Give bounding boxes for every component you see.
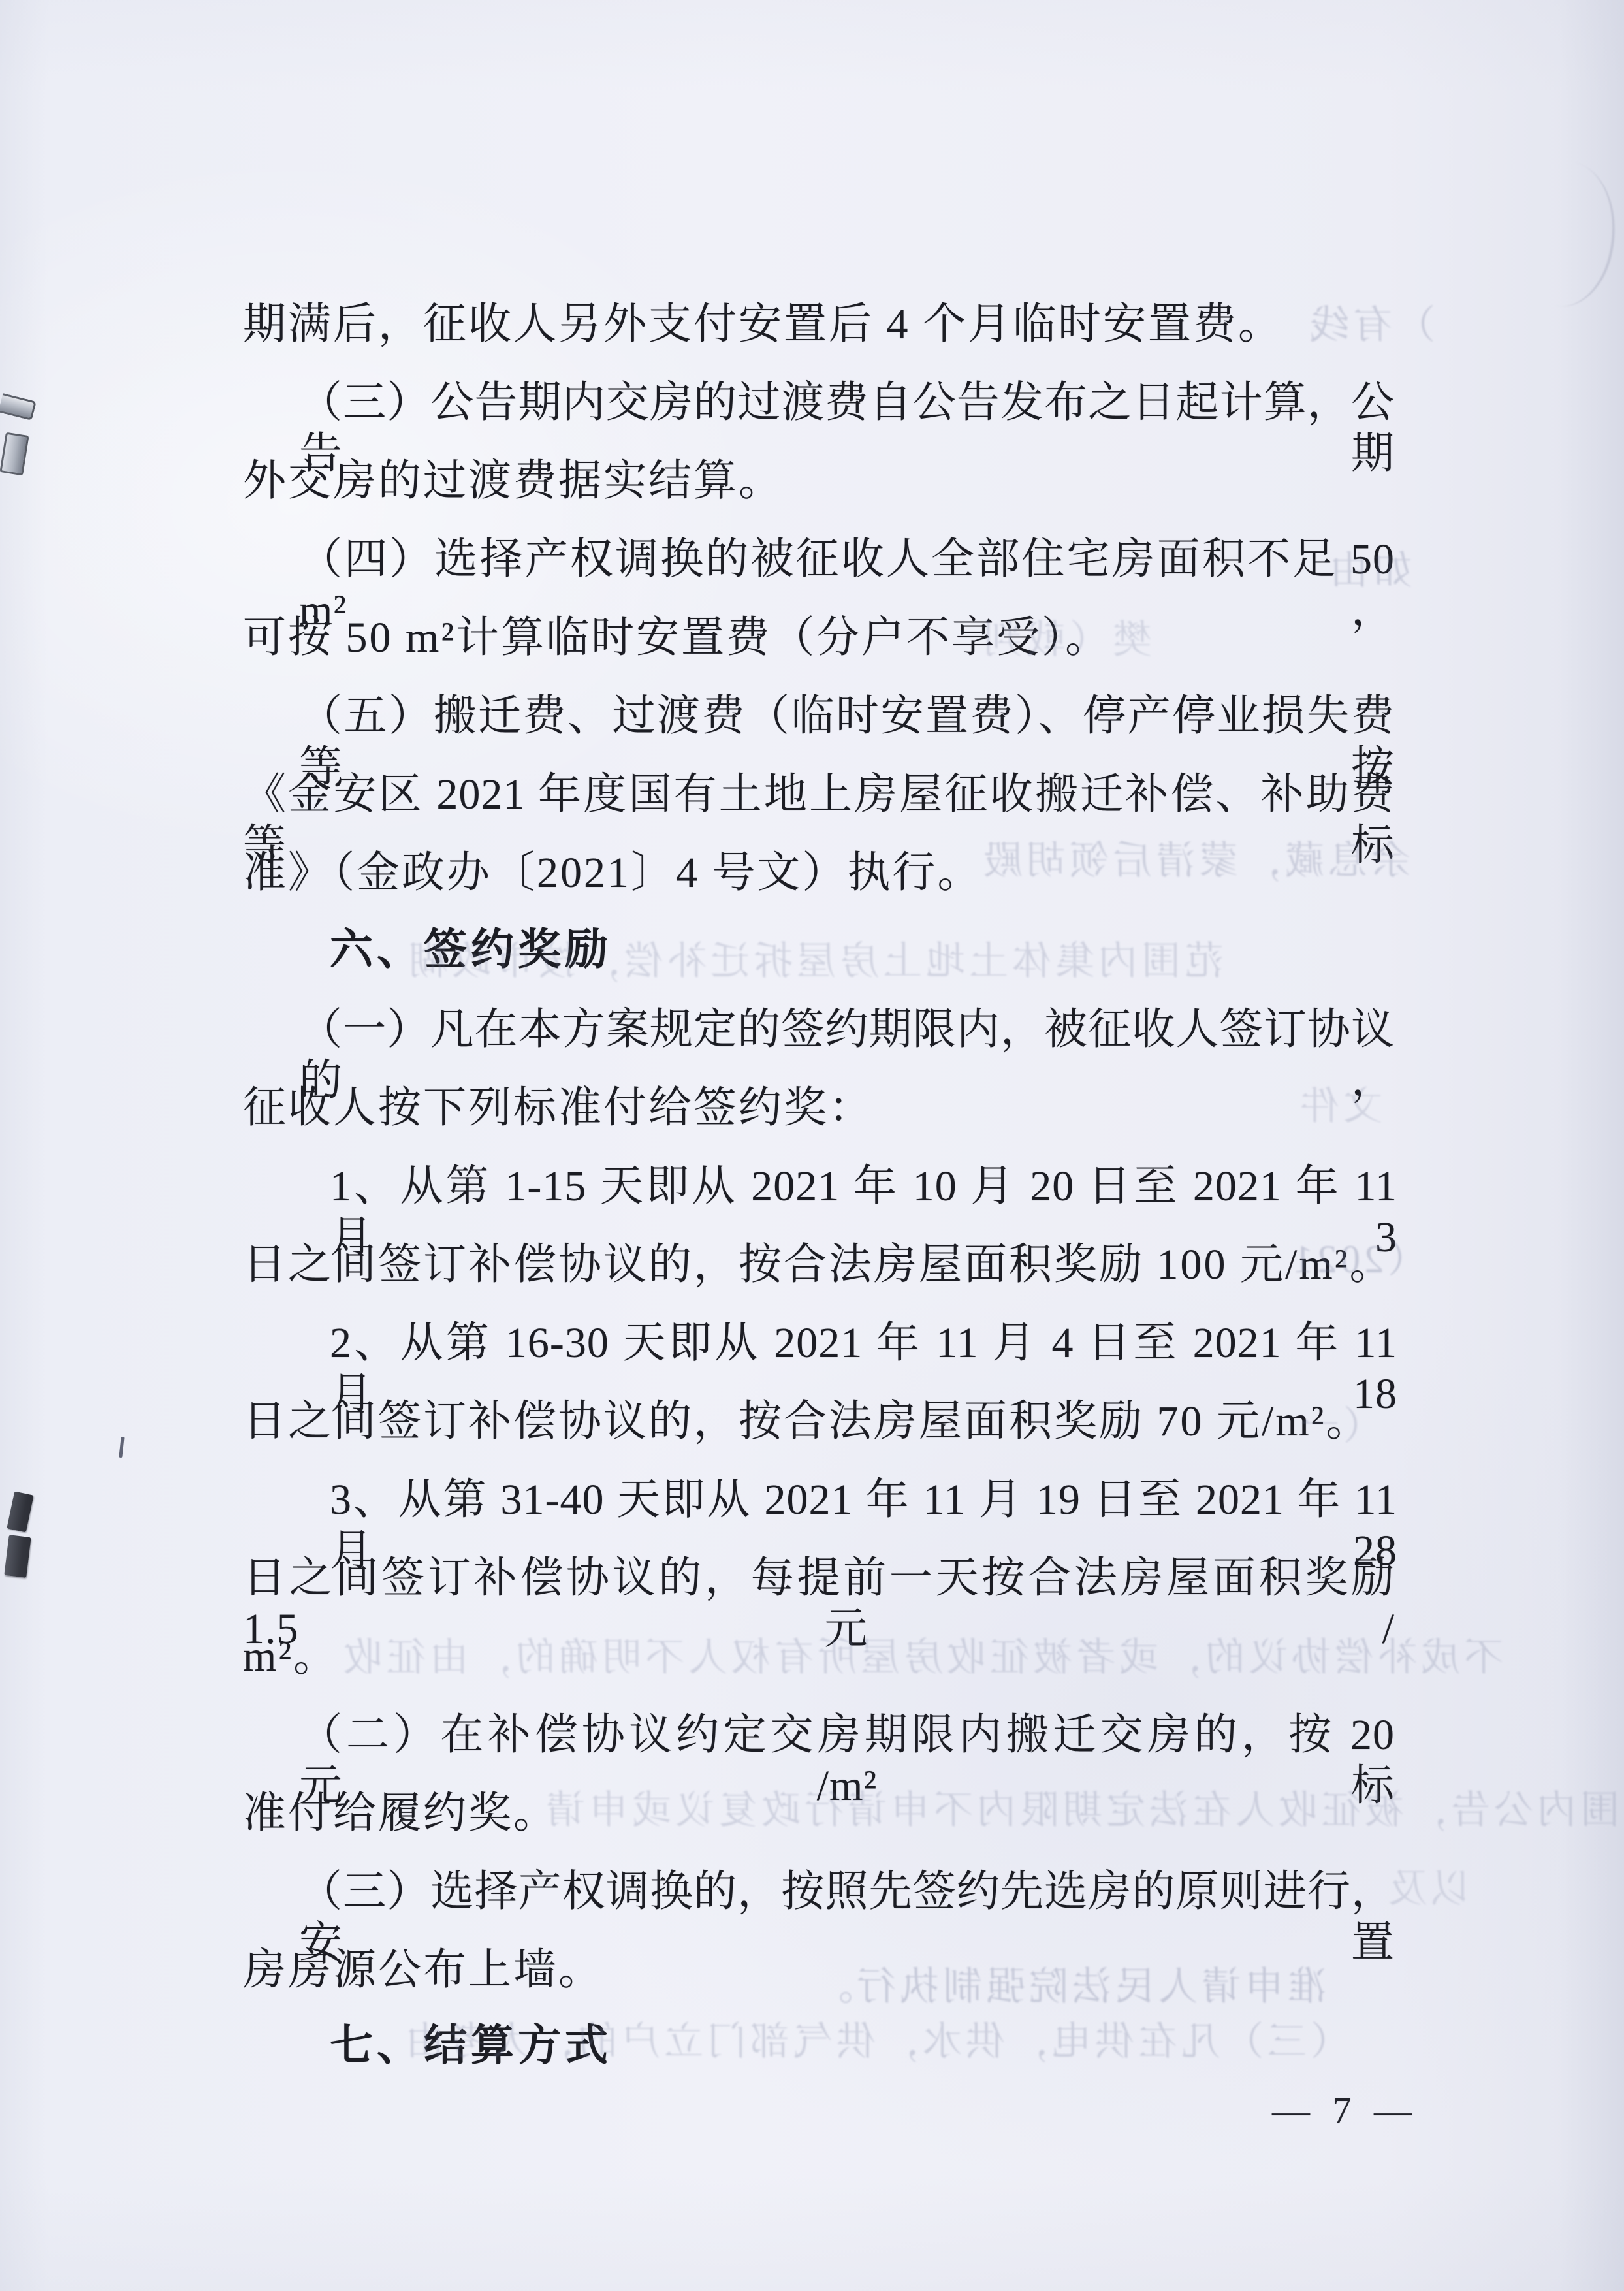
bleedthrough-line: ）有线 [1306, 302, 1435, 349]
text-line-8: 准》（金政办〔2021〕4 号文）执行。 [243, 848, 983, 899]
paper-background: 期满后，征收人另外支付安置后 4 个月临时安置费。 （三）公告期内交房的过渡费自… [0, 0, 1624, 2291]
page-number: — 7 — [1272, 2089, 1418, 2132]
text-line-22: 房房源公布上墙。 [243, 1945, 603, 1996]
text-line-1: 期满后，征收人另外支付安置后 4 个月临时安置费。 [243, 299, 1283, 350]
staple-icon [4, 1535, 31, 1578]
section-heading-6: 六、签约奖励 [330, 925, 612, 976]
staple-icon [7, 1492, 33, 1533]
text-line-13: 日之间签订补偿协议的，按合法房屋面积奖励 100 元/m²。 [243, 1240, 1394, 1290]
pencil-smudge-icon [1499, 152, 1624, 316]
text-line-17: 日之间签订补偿协议的，每提前一天按合法房屋面积奖励 1.5 元/ [243, 1553, 1395, 1655]
text-line-15: 日之间签订补偿协议的，按合法房屋面积奖励 70 元/m²。 [243, 1396, 1371, 1447]
bleedthrough-line: 以及 [1384, 1865, 1471, 1912]
staple-icon [0, 393, 37, 421]
text-line-11: 征收人按下列标准付给签约奖： [243, 1083, 874, 1134]
bleedthrough-line: 准申请人民法院强制执行。 [810, 1963, 1327, 2010]
text-line-20: 准付给履约奖。 [243, 1788, 558, 1839]
scanned-document-page: { "doc": { "title_context": "房屋征收补偿方案（扫描… [0, 0, 1624, 2291]
ink-mark-icon [119, 1437, 124, 1458]
section-heading-7: 七、结算方式 [330, 2021, 612, 2072]
text-line-18: m²。 [243, 1631, 338, 1682]
text-line-3: 外交房的过渡费据实结算。 [243, 456, 784, 507]
staple-icon [0, 432, 29, 476]
text-line-5: 可按 50 m²计算临时安置费（分户不享受）。 [243, 613, 1110, 664]
